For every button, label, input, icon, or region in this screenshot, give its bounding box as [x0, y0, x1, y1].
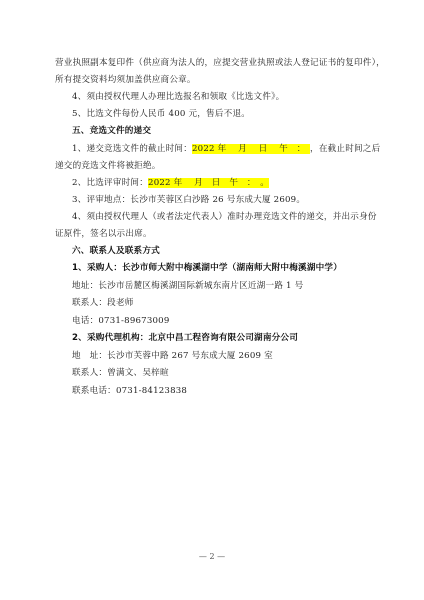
page-number: — 2 — — [0, 552, 424, 561]
label-text: 1、递交竞选文件的截止时间： — [72, 144, 192, 154]
purchaser-phone: 电话：0731-89673009 — [72, 316, 170, 327]
paragraph-line: 证原件，签名以示出席。 — [55, 229, 152, 240]
label-text: ，在截止时间之后 — [310, 144, 380, 154]
purchaser-heading: 1、采购人：长沙市师大附中梅溪湖中学（湖南师大附中梅溪湖中学） — [72, 263, 342, 274]
paragraph-line: 3、评审地点：长沙市芙蓉区白沙路 26 号东成大厦 2609。 — [72, 195, 305, 206]
paragraph-line: 所有提交资料均须加盖供应商公章。 — [55, 75, 196, 86]
paragraph-line: 2、比选评审时间：2022 年 月 日 午 ： 。 — [72, 178, 269, 189]
purchaser-address: 地址：长沙市岳麓区梅溪湖国际新城东南片区近湖一路 1 号 — [72, 281, 303, 292]
paragraph-line: 递交的竞选文件将被拒绝。 — [55, 161, 161, 172]
paragraph-line: 4、须由授权代理人（或者法定代表人）准时办理竞选文件的递交，并出示身份 — [72, 212, 377, 223]
purchaser-contact: 联系人：段老师 — [72, 298, 134, 309]
agency-phone: 联系电话：0731-84123838 — [72, 386, 187, 397]
agency-address: 地 址：长沙市芙蓉中路 267 号东成大厦 2609 室 — [72, 351, 273, 362]
paragraph-line: 1、递交竞选文件的截止时间：2022 年 月 日 午 ： ，在截止时间之后 — [72, 144, 380, 155]
paragraph-line: 营业执照副本复印件（供应商为法人的，应提交营业执照或法人登记证书的复印件）， — [55, 58, 385, 69]
section-heading: 五、竞选文件的递交 — [72, 126, 151, 137]
paragraph-line: 4、须由授权代理人办理比选报名和领取《比选文件》。 — [72, 92, 284, 103]
highlighted-review-time: 2022 年 月 日 午 ： 。 — [148, 178, 269, 188]
agency-heading: 2、采购代理机构：北京中昌工程咨询有限公司湖南分公司 — [72, 333, 298, 344]
highlighted-deadline: 2022 年 月 日 午 ： — [192, 144, 310, 154]
agency-contact: 联系人：曾满文、吴梓暄 — [72, 368, 169, 379]
section-heading: 六、联系人及联系方式 — [72, 246, 160, 257]
paragraph-line: 5、比选文件每份人民币 400 元，售后不退。 — [72, 109, 250, 120]
label-text: 2、比选评审时间： — [72, 178, 148, 188]
